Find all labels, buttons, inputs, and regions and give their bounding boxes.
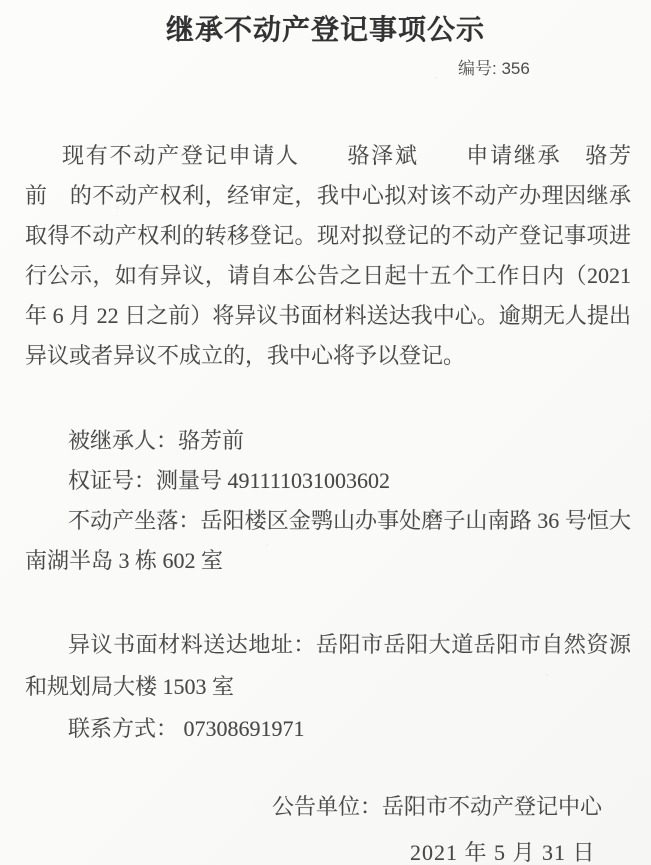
property-location-line-1: 不动产坐落：岳阳楼区金鹗山办事处磨子山南路 36 号恒大 [25,501,631,541]
body-line-1: 现有不动产登记申请人 骆泽斌 申请继承 骆芳 [25,136,631,176]
body-line-4: 行公示，如有异议，请自本公告之日起十五个工作日内（2021 [25,256,631,296]
contact-line: 联系方式： 07308691971 [25,708,631,750]
registration-details-block: 被继承人：骆芳前 权证号：测量号 491111031003602 不动产坐落：岳… [25,421,631,581]
body-line-6: 异议或者异议不成立的，我中心将予以登记。 [25,336,631,376]
heir-line: 被继承人：骆芳前 [25,421,631,461]
notice-document: 继承不动产登记事项公示 编号: 356 现有不动产登记申请人 骆泽斌 申请继承 … [0,0,651,865]
issuing-unit-line: 公告单位：岳阳市不动产登记中心 [272,787,602,827]
objection-address-line-2: 和规划局大楼 1503 室 [25,666,631,708]
notice-ref-number: 编号: 356 [458,54,530,79]
notice-body-paragraph: 现有不动产登记申请人 骆泽斌 申请继承 骆芳 前 的不动产权利，经审定，我中心拟… [25,136,631,376]
issue-date-line: 2021 年 5 月 31 日 [410,833,596,865]
body-line-2: 前 的不动产权利，经审定，我中心拟对该不动产办理因继承 [25,176,631,216]
objection-address-line-1: 异议书面材料送达地址：岳阳市岳阳大道岳阳市自然资源 [25,624,631,666]
certificate-number-line: 权证号：测量号 491111031003602 [25,461,631,501]
body-line-5: 年 6 月 22 日之前）将异议书面材料送达我中心。逾期无人提出 [25,296,631,336]
property-location-line-2: 南湖半岛 3 栋 602 室 [25,541,631,581]
objection-contact-block: 异议书面材料送达地址：岳阳市岳阳大道岳阳市自然资源 和规划局大楼 1503 室 … [25,624,631,750]
notice-title: 继承不动产登记事项公示 [0,8,651,48]
body-line-3: 取得不动产权利的转移登记。现对拟登记的不动产登记事项进 [25,216,631,256]
